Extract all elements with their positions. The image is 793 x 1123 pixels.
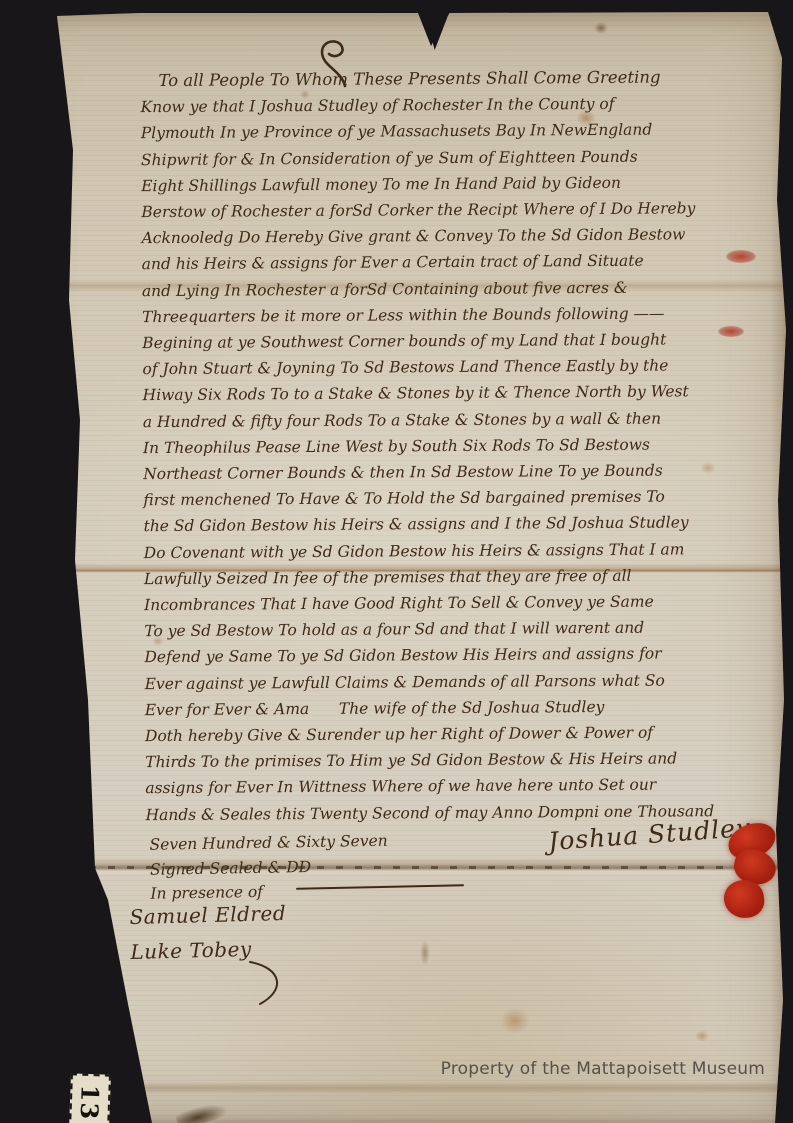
deed-line: a Hundred & fifty four Rods To a Stake &… <box>143 404 757 434</box>
deed-line: Hands & Seales this Twenty Second of may… <box>145 798 759 828</box>
crease-stitch-marks <box>70 866 770 869</box>
witness-signature: Samuel Eldred <box>129 896 286 935</box>
deed-line: To ye Sd Bestow To hold as a four Sd and… <box>144 614 758 644</box>
deed-line: of John Stuart & Joyning To Sd Bestows L… <box>142 352 756 382</box>
wax-seal-blob <box>731 846 779 888</box>
deed-line: first menchened To Have & To Hold the Sd… <box>143 483 757 513</box>
stain <box>700 462 716 474</box>
stain <box>420 940 430 966</box>
deed-line: Ever for Ever & Ama The wife of the Sd J… <box>145 693 759 723</box>
scanned-document: To all People To Whom These Presents Sha… <box>0 0 793 1123</box>
deed-line: Thirds To the primises To Him ye Sd Gido… <box>145 745 759 775</box>
deed-body-text: To all People To Whom These Presents Sha… <box>140 64 759 828</box>
deed-line: the Sd Gidon Bestow his Heirs & assigns … <box>143 509 757 539</box>
deed-line: Begining at ye Southwest Corner bounds o… <box>142 326 756 356</box>
deed-line: To all People To Whom These Presents Sha… <box>158 64 754 94</box>
wax-seal <box>720 824 780 920</box>
stain <box>695 1030 709 1042</box>
witness-signature: Luke Tobey <box>130 931 287 970</box>
deed-line: Shipwrit for & In Consideration of ye Su… <box>141 142 755 172</box>
wax-seal-blob <box>722 878 766 920</box>
red-ink-mark <box>726 250 756 263</box>
stain <box>576 110 596 126</box>
deed-line: Incombrances That I have Good Right To S… <box>144 588 758 618</box>
deed-line: Do Covenant with ye Sd Gidon Bestow his … <box>144 536 758 566</box>
stain <box>500 1008 530 1034</box>
catalog-number: 13 <box>75 1084 105 1120</box>
stain <box>300 90 310 99</box>
presence-rule-line <box>296 884 464 890</box>
fold-crease-top <box>60 280 785 292</box>
closing-line: Signed Sealed & DD <box>150 852 470 882</box>
deed-line: assigns for Ever In Wittness Where of we… <box>145 771 759 801</box>
fold-crease-middle <box>60 563 785 577</box>
witness-signatures: Samuel EldredLuke Tobey <box>129 896 287 970</box>
deed-closing-text: Seven Hundred & Sixty SevenSigned Sealed… <box>149 827 470 906</box>
stain <box>152 636 164 646</box>
deed-line: Northeast Corner Bounds & then In Sd Bes… <box>143 457 757 487</box>
wax-seal-blob <box>725 820 778 862</box>
closing-line: In presence of <box>150 876 470 906</box>
deed-line: and his Heirs & assigns for Ever a Certa… <box>142 247 756 277</box>
deed-line: Defend ye Same To ye Sd Gidon Bestow His… <box>144 640 758 670</box>
ink-smudge <box>175 1100 230 1123</box>
closing-line: Seven Hundred & Sixty Seven <box>149 827 469 857</box>
deed-line: and Lying In Rochester a forSd Containin… <box>142 273 756 303</box>
catalog-tag: 13 <box>69 1073 111 1123</box>
deed-line: Berstow of Rochester a forSd Corker the … <box>141 195 755 225</box>
museum-watermark: Property of the Mattapoisett Museum <box>441 1059 765 1079</box>
deed-line: Ever against ye Lawfull Claims & Demands… <box>145 667 759 697</box>
signature-flourish <box>238 960 298 1014</box>
fold-crease-bottom <box>60 1082 785 1094</box>
deed-line: Eight Shillings Lawfull money To me In H… <box>141 169 755 199</box>
document-paper: To all People To Whom These Presents Sha… <box>0 0 793 1123</box>
deed-line: Hiway Six Rods To to a Stake & Stones by… <box>143 378 757 408</box>
deed-line: Acknooledg Do Hereby Give grant & Convey… <box>141 221 755 251</box>
deed-line: Doth hereby Give & Surender up her Right… <box>145 719 759 749</box>
deed-line: In Theophilus Pease Line West by South S… <box>143 431 757 461</box>
calligraphic-flourish-icon <box>314 36 354 92</box>
stain <box>594 22 608 34</box>
deed-line: Threequarters be it more or Less within … <box>142 300 756 330</box>
deed-line: Plymouth In ye Province of ye Massachuse… <box>141 116 755 146</box>
deed-line: Know ye that I Joshua Studley of Rochest… <box>141 90 755 120</box>
fold-crease-lower <box>60 858 785 876</box>
deed-line: Lawfully Seized In fee of the premises t… <box>144 562 758 592</box>
red-ink-mark <box>718 326 744 337</box>
grantor-signature: Joshua Studley <box>547 813 752 856</box>
